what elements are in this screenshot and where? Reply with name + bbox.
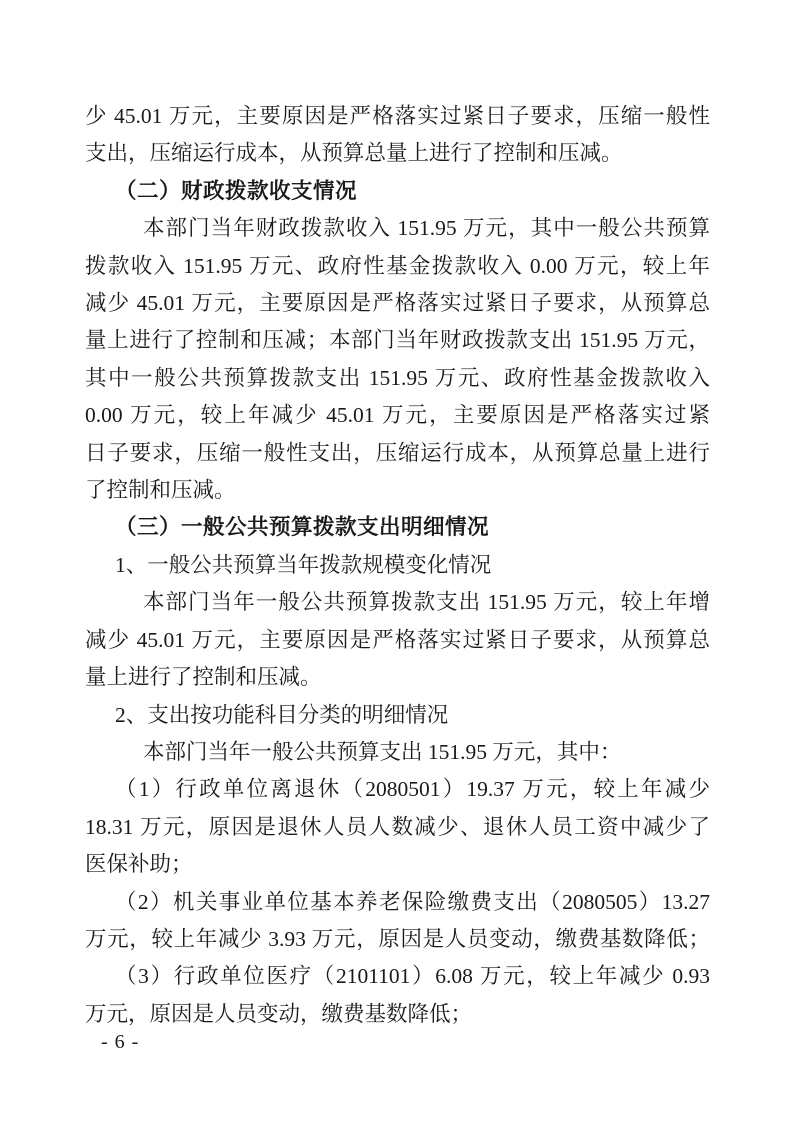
text-line: 本部门当年财政拨款收入 151.95 万元，其中一般公共预算 (85, 210, 710, 247)
text-line: （3）行政单位医疗（2101101）6.08 万元，较上年减少 0.93 (85, 958, 710, 995)
text-line: 支出，压缩运行成本，从预算总量上进行了控制和压减。 (85, 135, 710, 172)
text-line: 减少 45.01 万元，主要原因是严格落实过紧日子要求，从预算总 (85, 285, 710, 322)
text-line: 万元，原因是人员变动，缴费基数降低； (85, 996, 710, 1033)
text-line: 了控制和压减。 (85, 472, 710, 509)
text-line: 日子要求，压缩一般性支出，压缩运行成本，从预算总量上进行 (85, 435, 710, 472)
text-line: 减少 45.01 万元，主要原因是严格落实过紧日子要求，从预算总 (85, 622, 710, 659)
text-line: 1、一般公共预算当年拨款规模变化情况 (85, 547, 710, 584)
text-line: 少 45.01 万元，主要原因是严格落实过紧日子要求，压缩一般性 (85, 98, 710, 135)
text-line: （2）机关事业单位基本养老保险缴费支出（2080505）13.27 (85, 884, 710, 921)
section-heading: （二）财政拨款收支情况 (85, 173, 710, 210)
text-line: 其中一般公共预算拨款支出 151.95 万元、政府性基金拨款收入 (85, 360, 710, 397)
text-line: 万元，较上年减少 3.93 万元，原因是人员变动，缴费基数降低； (85, 921, 710, 958)
text-line: 量上进行了控制和压减。 (85, 659, 710, 696)
text-line: 拨款收入 151.95 万元、政府性基金拨款收入 0.00 万元，较上年 (85, 248, 710, 285)
text-line: 2、支出按功能科目分类的明细情况 (85, 697, 710, 734)
text-line: 本部门当年一般公共预算拨款支出 151.95 万元，较上年增 (85, 584, 710, 621)
text-line: 医保补助； (85, 846, 710, 883)
document-page: 少 45.01 万元，主要原因是严格落实过紧日子要求，压缩一般性 支出，压缩运行… (0, 0, 793, 1122)
text-line: 18.31 万元，原因是退休人员人数减少、退休人员工资中减少了 (85, 809, 710, 846)
text-line: 本部门当年一般公共预算支出 151.95 万元，其中： (85, 734, 710, 771)
text-line: 量上进行了控制和压减；本部门当年财政拨款支出 151.95 万元， (85, 322, 710, 359)
section-heading: （三）一般公共预算拨款支出明细情况 (85, 509, 710, 546)
text-line: （1）行政单位离退休（2080501）19.37 万元，较上年减少 (85, 771, 710, 808)
document-body: 少 45.01 万元，主要原因是严格落实过紧日子要求，压缩一般性 支出，压缩运行… (85, 98, 710, 1033)
text-line: 0.00 万元，较上年减少 45.01 万元，主要原因是严格落实过紧 (85, 397, 710, 434)
page-number: - 6 - (101, 1031, 139, 1054)
